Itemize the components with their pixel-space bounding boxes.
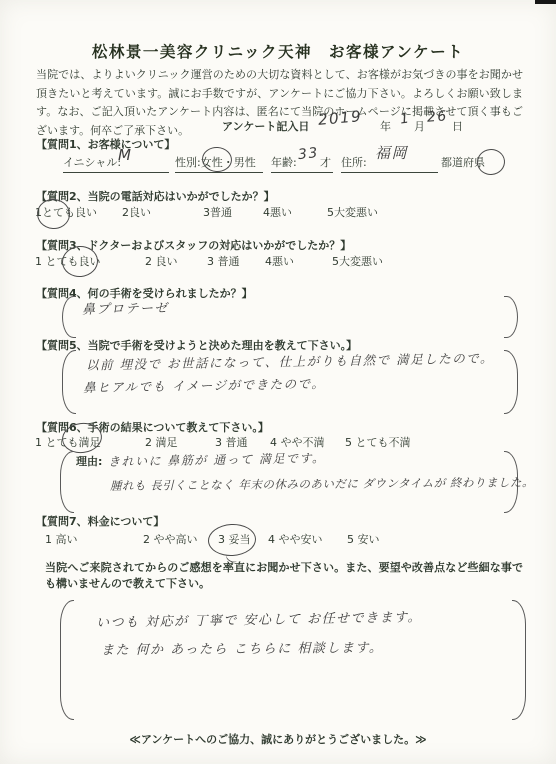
footer-thanks: ≪アンケートへのご協力、誠にありがとうございました。≫: [0, 731, 556, 747]
date-year-unit: 年: [380, 120, 391, 133]
q5-heading: 【質問5、当院で手術を受けようと決めた理由を教えて下さい。】: [36, 339, 357, 352]
date-day-unit: 日: [452, 120, 463, 133]
comments-bracket-left: [60, 600, 74, 720]
date-year-value: 2019: [317, 109, 362, 127]
comments-prompt: 当院へご来院されてからのご感想を率直にお聞かせ下さい。また、要望や改善点など些細…: [45, 560, 523, 592]
q1-initial-label: イニシャル:: [63, 156, 121, 169]
comments-line1: いつも 対応が 丁寧で 安心して お任せできます。: [96, 611, 422, 631]
q4-answer-value: 鼻プロテーゼ: [82, 302, 169, 318]
q1-gender-underline: [175, 172, 263, 173]
q6-option-2: 2 満足: [145, 436, 178, 449]
q7-option-1: 1 高い: [45, 533, 78, 546]
q3-option-3: 3 普通: [207, 255, 240, 268]
q1-initial-underline: [63, 172, 169, 173]
comments-line2: また 何か あったら こちらに 相談します。: [101, 642, 383, 658]
date-day-value: 26: [427, 109, 449, 124]
date-label: アンケート記入日: [222, 120, 309, 133]
q7-heading: 【質問7、料金について】: [36, 515, 164, 528]
q1-address-underline: [341, 172, 438, 173]
q6-reason-line1: きれいに 鼻筋が 通って 満足です。: [108, 451, 326, 469]
q1-prefecture-selection-circle: [476, 148, 507, 177]
q1-age-label: 年齢:: [271, 156, 297, 169]
comments-bracket-right: [512, 600, 526, 720]
q2-option-3: 3普通: [203, 206, 232, 219]
q1-age-unit: 才: [320, 156, 331, 169]
q6-reason-line2: 腫れも 長引くことなく 年末の休みのあいだに ダウンタイムが 終わりました。: [110, 475, 534, 493]
q4-answer-bracket-left: [62, 296, 76, 338]
q6-option-4: 4 やや不満: [270, 436, 325, 449]
q7-option-5: 5 安い: [347, 533, 380, 546]
q3-option-4: 4悪い: [265, 255, 294, 268]
q6-option-3: 3 普通: [215, 436, 248, 449]
q3-option-5: 5大変悪い: [332, 255, 383, 268]
scanned-survey-page: 松林景一美容クリニック天神 お客様アンケート 当院では、よりよいクリニック運営の…: [0, 0, 556, 764]
q2-heading: 【質問2、当院の電話対応はいかがでしたか？】: [36, 190, 275, 203]
q6-option-5: 5 とても不満: [345, 436, 411, 449]
q2-option-5: 5大変悪い: [327, 206, 378, 219]
page-title: 松林景一美容クリニック天神 お客様アンケート: [0, 40, 556, 62]
q1-age-value: 33: [297, 146, 319, 162]
q2-option-2: 2良い: [122, 206, 151, 219]
q1-heading: 【質問1、お客様について】: [36, 138, 175, 151]
q2-option-4: 4悪い: [263, 206, 292, 219]
date-month-unit: 月: [414, 120, 425, 133]
q7-option-4: 4 やや安い: [268, 533, 323, 546]
q5-answer-bracket-left: [62, 350, 76, 414]
q1-address-value: 福岡: [375, 146, 408, 160]
q3-option-2: 2 良い: [145, 255, 178, 268]
scan-artifact: [535, 0, 556, 4]
q5-answer-line1: 以前 埋没で お世話になって、仕上がりも自然で 満足したので。: [86, 351, 494, 372]
q7-option-2: 2 やや高い: [143, 533, 198, 546]
date-month-value: 1: [399, 111, 411, 126]
q1-address-label: 住所:: [341, 156, 367, 169]
q6-reason-bracket-left: [60, 451, 74, 513]
q6-reason-label: 理由:: [76, 455, 102, 468]
q1-age-underline: [271, 172, 333, 173]
q4-answer-bracket-right: [504, 296, 518, 338]
q5-answer-bracket-right: [504, 350, 518, 414]
q1-initial-value: M: [118, 148, 132, 162]
q5-answer-line2: 鼻ヒアルでも イメージができたので。: [83, 377, 326, 395]
